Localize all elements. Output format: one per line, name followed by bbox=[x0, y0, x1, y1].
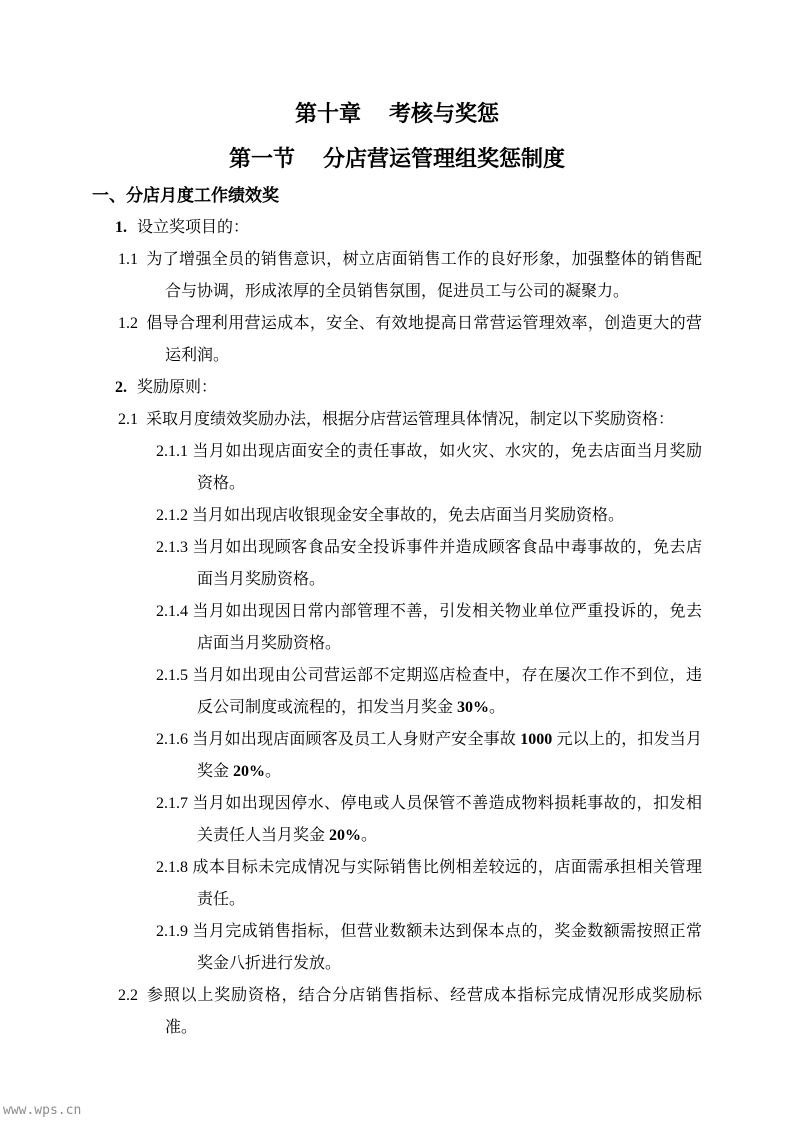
list-item-number: 2.2 bbox=[118, 987, 138, 1004]
list-item-text: 设立奖项目的： bbox=[137, 219, 249, 236]
list-item-number: 2.1.1 bbox=[156, 443, 188, 460]
list-item-number: 2.1.2 bbox=[156, 507, 188, 524]
list-item-text: 当月完成销售指标，但营业数额未达到保本点的，奖金数额需按照正常奖金八折进行发放。 bbox=[192, 923, 702, 972]
text-segment: 当月如出现顾客食品安全投诉事件并造成顾客食品中毒事故的，免去店面当月奖励资格。 bbox=[192, 539, 702, 588]
text-segment: 。 bbox=[489, 699, 505, 716]
text-segment: 参照以上奖励资格，结合分店销售指标、经营成本指标完成情况形成奖励标准。 bbox=[146, 987, 702, 1036]
list-item-1.1: 1.1为了增强全员的销售意识，树立店面销售工作的良好形象，加强整体的销售配合与协… bbox=[0, 244, 702, 308]
list-item-number: 2.1.3 bbox=[156, 539, 188, 556]
list-item-number: 1.1 bbox=[118, 251, 138, 268]
text-segment: 当月如出现店面顾客及员工人身财产安全事故 bbox=[192, 731, 520, 748]
text-segment: 倡导合理利用营运成本，安全、有效地提高日常营运管理效率，创造更大的营运利润。 bbox=[146, 315, 702, 364]
text-segment: 当月如出现因日常内部管理不善，引发相关物业单位严重投诉的，免去店面当月奖励资格。 bbox=[192, 603, 702, 652]
text-segment: 奖励原则： bbox=[137, 379, 217, 396]
bold-value: 30% bbox=[457, 699, 489, 716]
list-item-text: 当月如出现由公司营运部不定期巡店检查中，存在屡次工作不到位，违反公司制度或流程的… bbox=[192, 667, 702, 716]
list-item-text: 当月如出现因停水、停电或人员保管不善造成物料损耗事故的，扣发相关责任人当月奖金 … bbox=[192, 795, 702, 844]
section-title: 第一节 分店营运管理组奖惩制度 bbox=[0, 145, 794, 173]
list-item-2.1.2: 2.1.2当月如出现店收银现金安全事故的，免去店面当月奖励资格。 bbox=[0, 500, 702, 532]
list-item-number: 2.1.4 bbox=[156, 603, 188, 620]
text-segment: 。 bbox=[361, 827, 377, 844]
wps-watermark: www.wps.cn bbox=[3, 1103, 81, 1118]
list-item-2.1.9: 2.1.9当月完成销售指标，但营业数额未达到保本点的，奖金数额需按照正常奖金八折… bbox=[0, 916, 702, 980]
list-item-number: 2.1.9 bbox=[156, 923, 188, 940]
list-item-number: 2.1.8 bbox=[156, 859, 188, 876]
list-item-text: 当月如出现因日常内部管理不善，引发相关物业单位严重投诉的，免去店面当月奖励资格。 bbox=[192, 603, 702, 652]
list-item-text: 当月如出现店收银现金安全事故的，免去店面当月奖励资格。 bbox=[192, 507, 624, 524]
list-item-text: 当月如出现店面安全的责任事故，如火灾、水灾的，免去店面当月奖励资格。 bbox=[192, 443, 702, 492]
list-item-2.: 2.奖励原则： bbox=[0, 372, 702, 404]
list-item-number: 2. bbox=[115, 379, 127, 396]
list-item-number: 2.1 bbox=[118, 411, 138, 428]
list-item-2.1.5: 2.1.5当月如出现由公司营运部不定期巡店检查中，存在屡次工作不到位，违反公司制… bbox=[0, 660, 702, 724]
list-item-2.1.6: 2.1.6当月如出现店面顾客及员工人身财产安全事故 1000 元以上的，扣发当月… bbox=[0, 724, 702, 788]
list-item-number: 2.1.6 bbox=[156, 731, 188, 748]
list-item-2.1.7: 2.1.7当月如出现因停水、停电或人员保管不善造成物料损耗事故的，扣发相关责任人… bbox=[0, 788, 702, 852]
list-item-number: 1.2 bbox=[118, 315, 138, 332]
paragraph-list: 1.设立奖项目的：1.1为了增强全员的销售意识，树立店面销售工作的良好形象，加强… bbox=[0, 212, 794, 1044]
document-page: 第十章 考核与奖惩 第一节 分店营运管理组奖惩制度 一、分店月度工作绩效奖 1.… bbox=[0, 0, 794, 1123]
list-item-text: 采取月度绩效奖励办法，根据分店营运管理具体情况，制定以下奖励资格： bbox=[146, 411, 674, 428]
list-item-text: 奖励原则： bbox=[137, 379, 217, 396]
list-item-number: 1. bbox=[115, 219, 127, 236]
heading-monthly-performance-award: 一、分店月度工作绩效奖 bbox=[92, 183, 794, 208]
text-segment: 。 bbox=[265, 763, 281, 780]
text-segment: 当月如出现店收银现金安全事故的，免去店面当月奖励资格。 bbox=[192, 507, 624, 524]
text-segment: 设立奖项目的： bbox=[137, 219, 249, 236]
list-item-2.1.1: 2.1.1当月如出现店面安全的责任事故，如火灾、水灾的，免去店面当月奖励资格。 bbox=[0, 436, 702, 500]
bold-value: 20% bbox=[233, 763, 265, 780]
list-item-text: 倡导合理利用营运成本，安全、有效地提高日常营运管理效率，创造更大的营运利润。 bbox=[146, 315, 702, 364]
list-item-number: 2.1.7 bbox=[156, 795, 188, 812]
list-item-text: 参照以上奖励资格，结合分店销售指标、经营成本指标完成情况形成奖励标准。 bbox=[146, 987, 702, 1036]
text-segment: 当月完成销售指标，但营业数额未达到保本点的，奖金数额需按照正常奖金八折进行发放。 bbox=[192, 923, 702, 972]
chapter-title: 第十章 考核与奖惩 bbox=[0, 100, 794, 128]
list-item-text: 为了增强全员的销售意识，树立店面销售工作的良好形象，加强整体的销售配合与协调，形… bbox=[146, 251, 702, 300]
list-item-text: 当月如出现店面顾客及员工人身财产安全事故 1000 元以上的，扣发当月奖金 20… bbox=[192, 731, 702, 780]
text-segment: 成本目标未完成情况与实际销售比例相差较远的，店面需承担相关管理责任。 bbox=[192, 859, 702, 908]
list-item-2.1.8: 2.1.8成本目标未完成情况与实际销售比例相差较远的，店面需承担相关管理责任。 bbox=[0, 852, 702, 916]
list-item-1.2: 1.2倡导合理利用营运成本，安全、有效地提高日常营运管理效率，创造更大的营运利润… bbox=[0, 308, 702, 372]
list-item-text: 当月如出现顾客食品安全投诉事件并造成顾客食品中毒事故的，免去店面当月奖励资格。 bbox=[192, 539, 702, 588]
text-segment: 当月如出现因停水、停电或人员保管不善造成物料损耗事故的，扣发相关责任人当月奖金 bbox=[192, 795, 702, 844]
bold-value: 1000 bbox=[520, 731, 552, 748]
list-item-2.1.3: 2.1.3当月如出现顾客食品安全投诉事件并造成顾客食品中毒事故的，免去店面当月奖… bbox=[0, 532, 702, 596]
list-item-2.2: 2.2参照以上奖励资格，结合分店销售指标、经营成本指标完成情况形成奖励标准。 bbox=[0, 980, 702, 1044]
list-item-2.1: 2.1采取月度绩效奖励办法，根据分店营运管理具体情况，制定以下奖励资格： bbox=[0, 404, 702, 436]
list-item-1.: 1.设立奖项目的： bbox=[0, 212, 702, 244]
text-segment: 当月如出现由公司营运部不定期巡店检查中，存在屡次工作不到位，违反公司制度或流程的… bbox=[192, 667, 702, 716]
text-segment: 当月如出现店面安全的责任事故，如火灾、水灾的，免去店面当月奖励资格。 bbox=[192, 443, 702, 492]
list-item-number: 2.1.5 bbox=[156, 667, 188, 684]
list-item-text: 成本目标未完成情况与实际销售比例相差较远的，店面需承担相关管理责任。 bbox=[192, 859, 702, 908]
text-segment: 为了增强全员的销售意识，树立店面销售工作的良好形象，加强整体的销售配合与协调，形… bbox=[146, 251, 702, 300]
text-segment: 采取月度绩效奖励办法，根据分店营运管理具体情况，制定以下奖励资格： bbox=[146, 411, 674, 428]
bold-value: 20% bbox=[329, 827, 361, 844]
list-item-2.1.4: 2.1.4当月如出现因日常内部管理不善，引发相关物业单位严重投诉的，免去店面当月… bbox=[0, 596, 702, 660]
